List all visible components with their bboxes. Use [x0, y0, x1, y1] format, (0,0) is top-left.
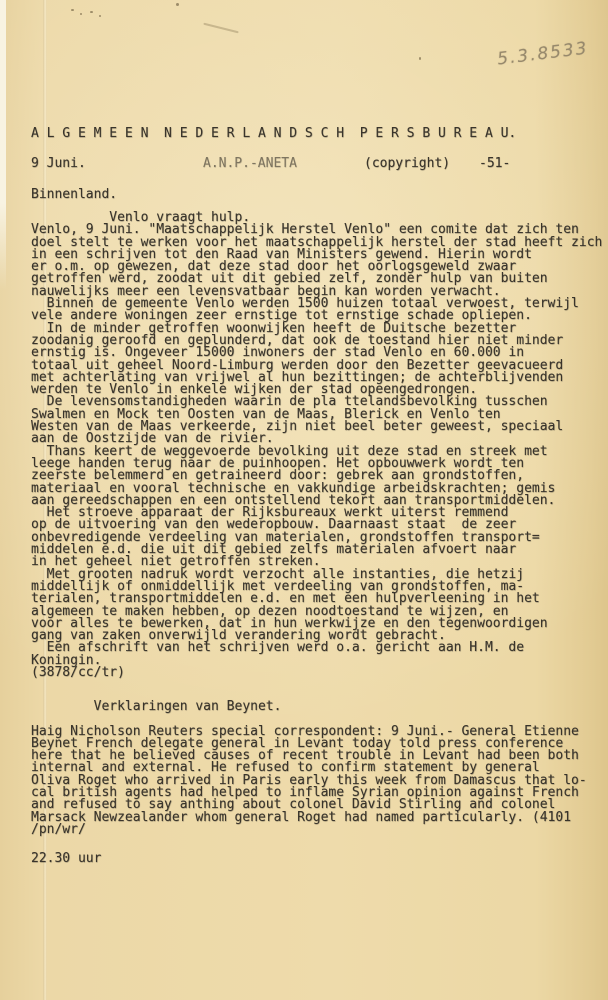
paper-speck — [99, 15, 101, 17]
article-beynet-text: Verklaringen van Beynet. Haig Nicholson … — [31, 701, 587, 836]
paper-speck — [176, 3, 179, 6]
scanned-document-page: 5.3.8533 A L G E M E E N N E D E R L A N… — [0, 0, 608, 1000]
paper-smudge — [203, 23, 238, 34]
section-heading: Binnenland. — [31, 187, 117, 202]
paper-speck — [419, 57, 421, 60]
paper-speck — [80, 13, 82, 15]
paper-speck — [90, 11, 93, 13]
edition-time: 22.30 uur — [31, 851, 101, 866]
issue-date: 9 Juni. — [31, 156, 86, 171]
pencil-archive-number: 5.3.8533 — [496, 38, 589, 69]
article-venlo-text: Venlo vraagt hulp. Venlo, 9 Juni. "Maats… — [31, 212, 602, 679]
paper-speck — [71, 9, 74, 11]
issue-number: -51- — [479, 156, 510, 171]
scan-edge-strip — [0, 0, 6, 290]
copyright-note: (copyright) — [364, 156, 450, 171]
agency-title: A L G E M E E N N E D E R L A N D S C H … — [31, 126, 516, 141]
wire-service: A.N.P.-ANETA — [203, 156, 297, 171]
